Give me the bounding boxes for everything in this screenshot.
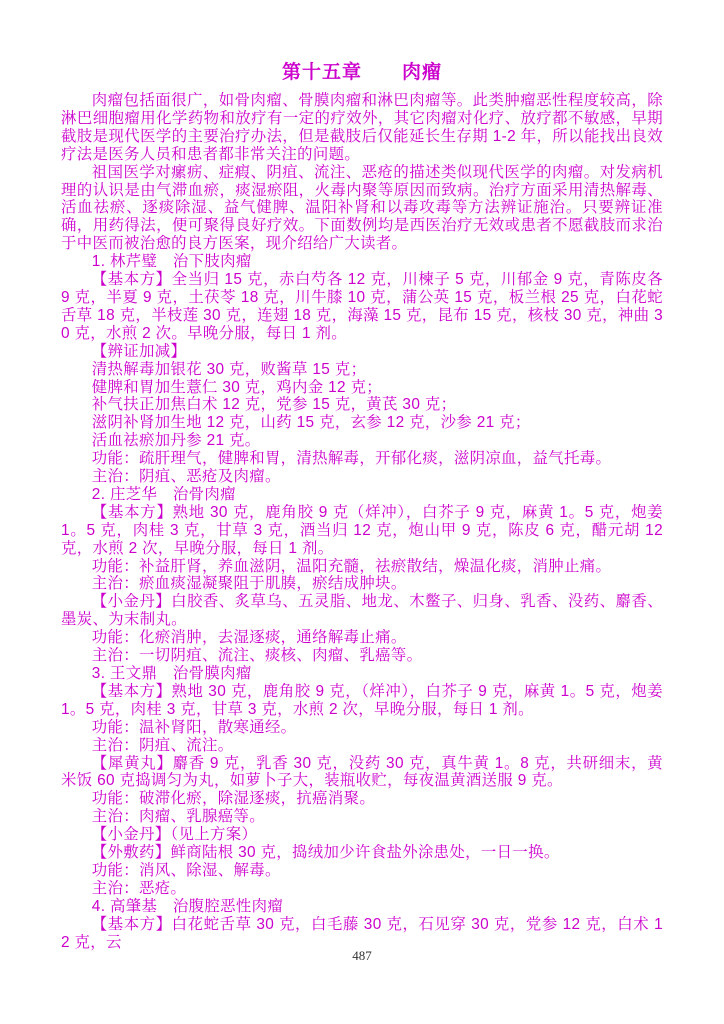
case-2-basic-formula: 【基本方】熟地 30 克，鹿角胶 9 克（烊冲），白芥子 9 克，麻黄 1。5 …	[61, 504, 663, 558]
case-2-xiaojindan-formula: 【小金丹】白胶香、炙草乌、五灵脂、地龙、木鳖子、归身、乳香、没药、麝香、墨炭、为…	[61, 593, 663, 629]
case-2-heading: 2. 庄芝华 治骨肉瘤	[61, 486, 663, 504]
paragraph-intro-2: 祖国医学对瘰疬、症瘕、阴疽、流注、恶疮的描述类似现代医学的肉瘤。对发病机理的认识…	[61, 164, 663, 254]
case-3-heading: 3. 王文鼎 治骨膜肉瘤	[61, 665, 663, 683]
case-3-function: 功能：温补肾阳，散寒通经。	[61, 719, 663, 737]
case-1-heading: 1. 林芹璧 治下肢肉瘤	[61, 253, 663, 271]
case-4-heading: 4. 高肇基 治腹腔恶性肉瘤	[61, 898, 663, 916]
case-1-modification-line: 健脾和胃加生薏仁 30 克，鸡内金 12 克；	[61, 379, 663, 397]
case-1-modification-line: 活血祛瘀加丹参 21 克。	[61, 432, 663, 450]
case-1-modification-line: 清热解毒加银花 30 克，败酱草 15 克；	[61, 361, 663, 379]
page-number: 487	[0, 948, 724, 964]
case-1-indication: 主治：阴疽、恶疮及肉瘤。	[61, 468, 663, 486]
case-1-modification-line: 滋阴补肾加生地 12 克，山药 15 克，玄参 12 克，沙参 21 克；	[61, 414, 663, 432]
case-2-indication: 主治：瘀血痰湿凝聚阻于肌腠，瘀结成肿块。	[61, 575, 663, 593]
case-1-basic-formula: 【基本方】全当归 15 克，赤白芍各 12 克，川楝子 5 克，川郁金 9 克，…	[61, 271, 663, 343]
case-3-xihuangwan-indication: 主治：肉瘤、乳腺癌等。	[61, 808, 663, 826]
page-content: 第十五章 肉瘤 肉瘤包括面很广，如骨肉瘤、骨膜肉瘤和淋巴肉瘤等。此类肿瘤恶性程度…	[61, 60, 663, 952]
case-2-function: 功能：补益肝肾，养血滋阴，温阳充髓，祛瘀散结，燥温化痰，消肿止痛。	[61, 558, 663, 576]
case-3-xihuangwan-formula: 【犀黄丸】麝香 9 克，乳香 30 克，没药 30 克，真牛黄 1。8 克，共研…	[61, 755, 663, 791]
chapter-title: 第十五章 肉瘤	[61, 60, 663, 86]
case-3-external-indication: 主治：恶疮。	[61, 880, 663, 898]
document-page: 第十五章 肉瘤 肉瘤包括面很广，如骨肉瘤、骨膜肉瘤和淋巴肉瘤等。此类肿瘤恶性程度…	[0, 0, 724, 1024]
case-3-external-remedy: 【外敷药】鲜商陆根 30 克，捣绒加少许食盐外涂患处，一日一换。	[61, 844, 663, 862]
case-2-xiaojindan-indication: 主治：一切阴疽、流注、痰核、肉瘤、乳癌等。	[61, 647, 663, 665]
case-3-indication: 主治：阴疽、流注。	[61, 737, 663, 755]
case-3-external-function: 功能：消风、除湿、解毒。	[61, 862, 663, 880]
case-2-xiaojindan-function: 功能：化瘀消肿，去湿逐痰，通络解毒止痛。	[61, 629, 663, 647]
case-3-xiaojindan-ref: 【小金丹】（见上方案）	[61, 826, 663, 844]
case-1-modifications-heading: 【辨证加减】	[61, 343, 663, 361]
case-3-basic-formula: 【基本方】熟地 30 克，鹿角胶 9 克，（烊冲），白芥子 9 克，麻黄 1。5…	[61, 683, 663, 719]
paragraph-intro-1: 肉瘤包括面很广，如骨肉瘤、骨膜肉瘤和淋巴肉瘤等。此类肿瘤恶性程度较高，除淋巴细胞…	[61, 92, 663, 164]
case-4-basic-formula-partial: 【基本方】白花蛇舌草 30 克，白毛藤 30 克，石见穿 30 克，党参 12 …	[61, 916, 663, 952]
case-3-xihuangwan-function: 功能：破滞化瘀，除湿逐痰，抗癌消聚。	[61, 790, 663, 808]
case-1-modification-line: 补气扶正加焦白术 12 克，党参 15 克，黄芪 30 克；	[61, 396, 663, 414]
case-1-function: 功能：疏肝理气，健脾和胃，清热解毒，开郁化痰，滋阴凉血，益气托毒。	[61, 450, 663, 468]
